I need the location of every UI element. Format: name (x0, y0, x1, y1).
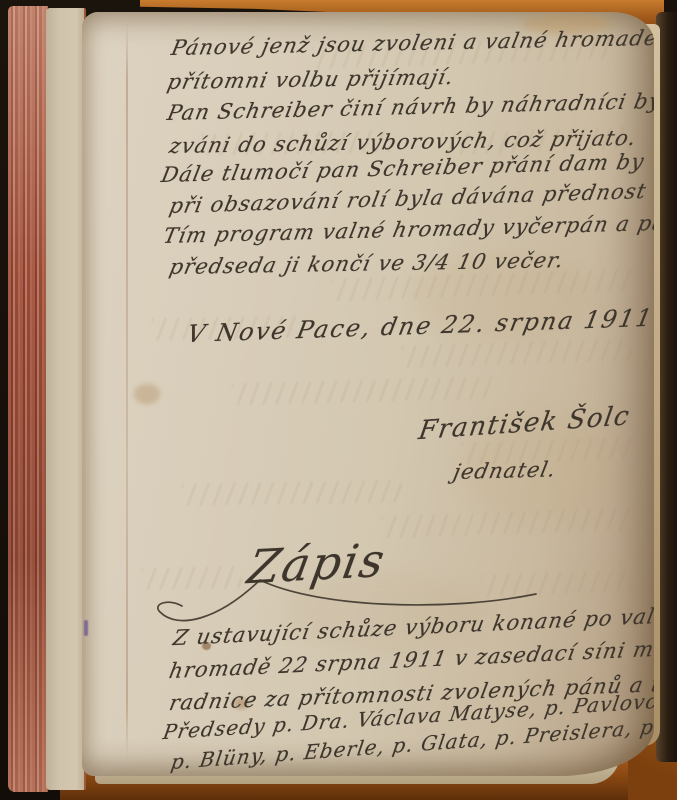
manuscript-page: Pánové jenž jsou zvoleni a valné hromadě… (82, 12, 654, 776)
ink-bleed-through (382, 508, 633, 539)
manuscript-line: přítomni volbu přijímají. (168, 65, 455, 94)
manuscript-line-text: Pan Schreiber činí návrh by náhradníci b… (165, 88, 654, 125)
book-photo-scene: Pánové jenž jsou zvoleni a valné hromadě… (0, 0, 677, 800)
page-stack-edges (46, 8, 86, 790)
ink-bleed-through (402, 338, 633, 368)
ink-mark (84, 620, 88, 636)
manuscript-line-text: Tím program valné hromady vyčerpán a pan (161, 210, 654, 248)
signature-role: jednatel. (453, 457, 556, 484)
manuscript-line: Pan Schreiber činí návrh by náhradníci b… (167, 89, 654, 125)
manuscript-line-text: přítomni volbu přijímají. (165, 65, 456, 94)
under-page-edge-line (126, 20, 128, 760)
red-marbled-fore-edges (8, 6, 48, 792)
paper-stain (134, 384, 160, 404)
ink-bleed-through (232, 377, 492, 406)
manuscript-line: Tím program valné hromady vyčerpán a pan (163, 210, 654, 248)
ink-bleed-through (182, 480, 402, 506)
signature-role-text: jednatel. (451, 457, 558, 484)
